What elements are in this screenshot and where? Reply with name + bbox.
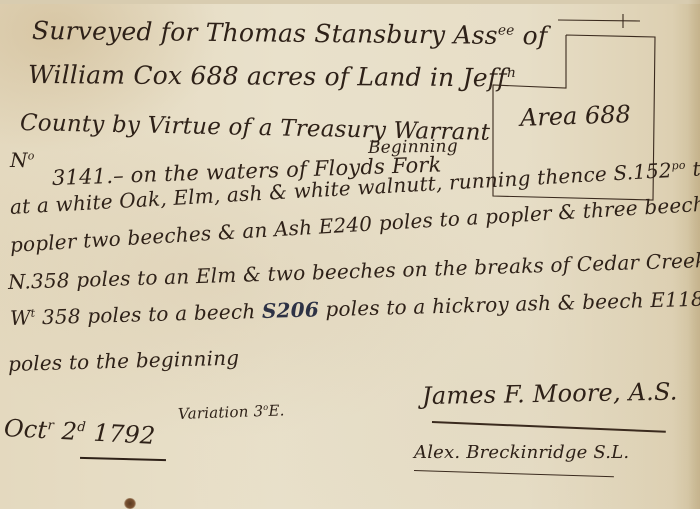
signature-register: Alex. Breckinridge S.L. xyxy=(414,442,629,463)
plat-area-label: Area 688 xyxy=(520,100,632,132)
meridian-line xyxy=(558,20,640,21)
survey-line-2: William Cox 688 acres of Land in Jeffn xyxy=(28,60,516,92)
overwritten-value: S206 xyxy=(262,297,320,323)
survey-line-1: Surveyed for Thomas Stansbury Assee of xyxy=(32,16,548,50)
variation-note: Variation 3oE. xyxy=(178,401,285,423)
signature-surveyor: James F. Moore, A.S. xyxy=(422,378,678,410)
ink-blot xyxy=(124,498,136,509)
warrant-number-label: No xyxy=(10,148,35,172)
